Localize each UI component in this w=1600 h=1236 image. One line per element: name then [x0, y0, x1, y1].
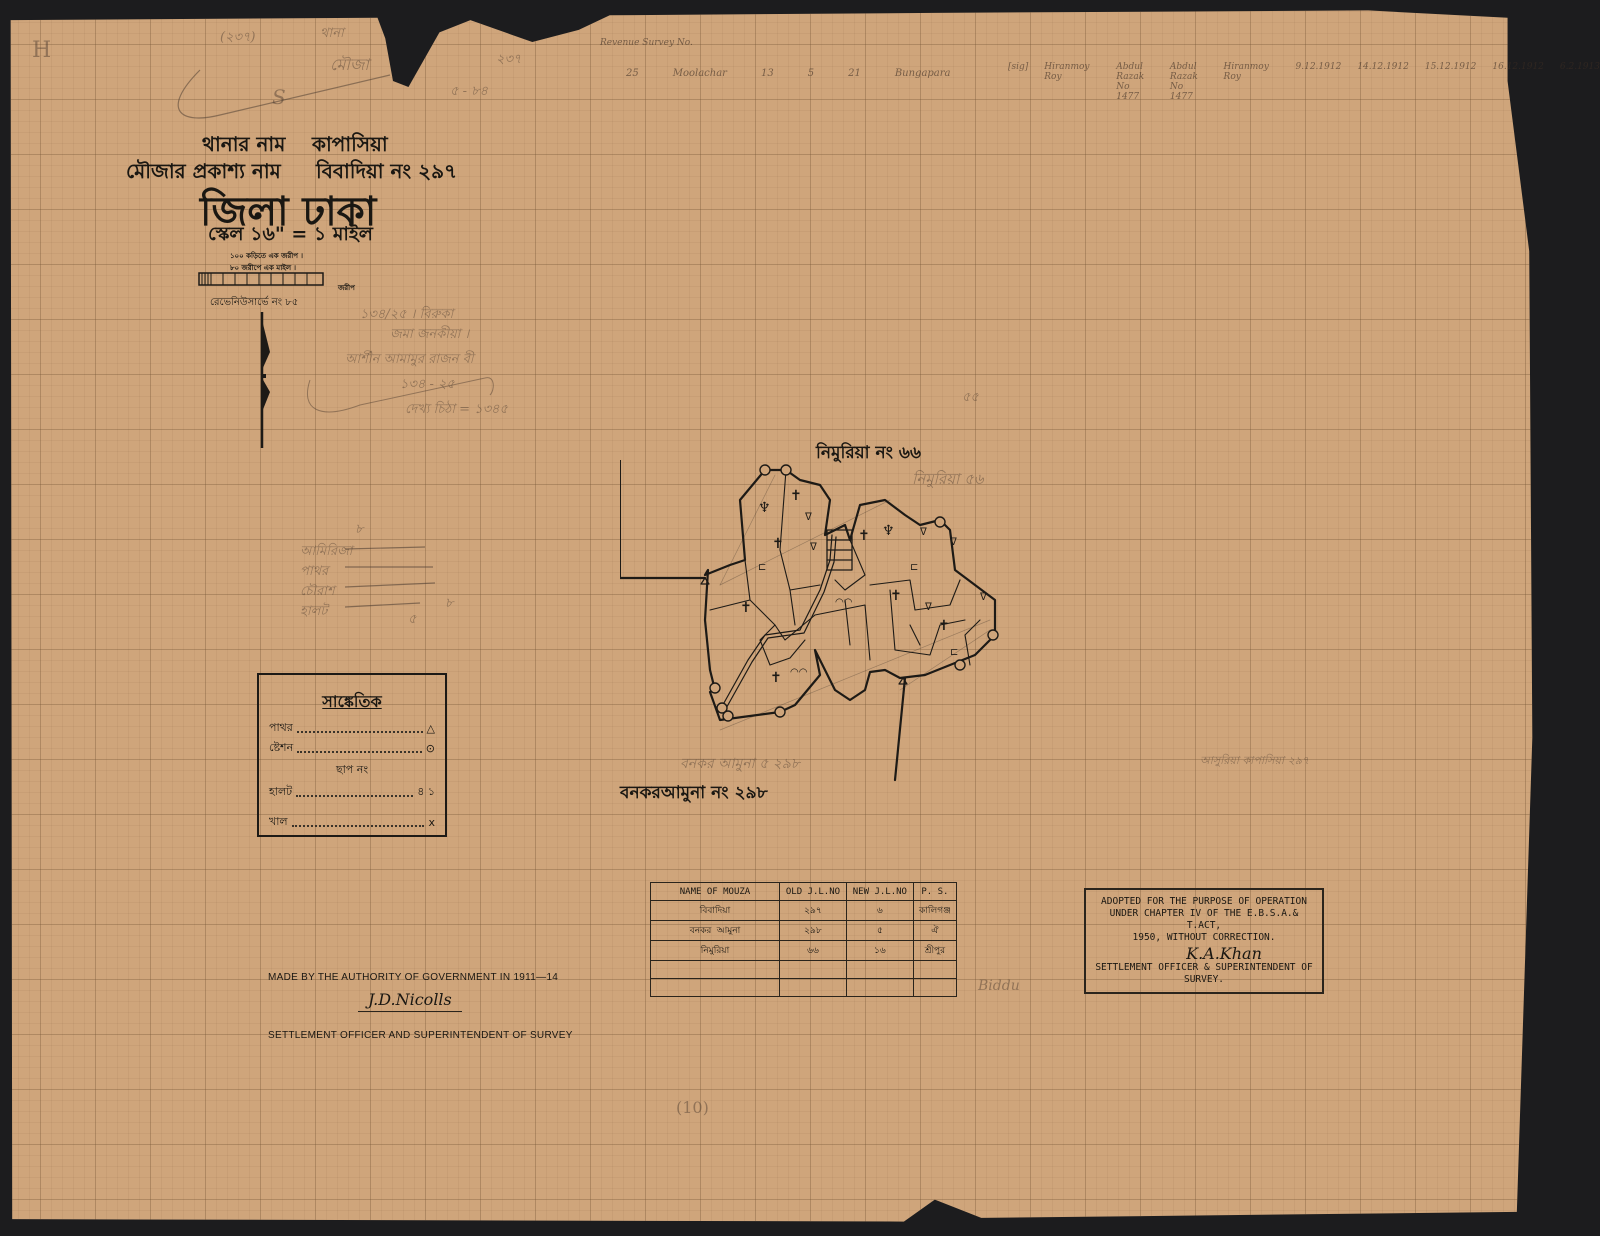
- stamp-line: UNDER CHAPTER IV OF THE E.B.S.A.& T.ACT,: [1090, 908, 1318, 932]
- top-note-5: ৫ - ৮৪: [450, 82, 488, 103]
- ledger-cell: Hiranmoy Roy: [1044, 62, 1100, 102]
- table-cell: ২৯৮: [780, 921, 847, 941]
- pencil-list-heading: ৮: [355, 520, 363, 541]
- stamp-line: 1950, WITHOUT CORRECTION.: [1090, 932, 1318, 944]
- ledger-cell: 9.12.1912: [1296, 62, 1342, 102]
- ledger-cell: Abdul Razak No 1477: [1116, 62, 1154, 102]
- table-header: NAME OF MOUZA: [651, 883, 780, 901]
- table-row: বিবাদিয়া ২৯৭ ৬ কালিগঞ্জ: [651, 901, 957, 921]
- top-note-3: ২৩৭: [496, 50, 521, 71]
- svg-text:ᐁ: ᐁ: [925, 602, 932, 613]
- table-cell: ২৯৭: [780, 901, 847, 921]
- legend-row-stone: পাথর △: [269, 719, 435, 738]
- svg-text:✝: ✝: [858, 528, 870, 544]
- table-header-row: NAME OF MOUZA OLD J.L.NO NEW J.L.NO P. S…: [651, 883, 957, 901]
- table-cell: কালিগঞ্জ: [913, 901, 956, 921]
- pencil-note: জমা জনকীয়া ।: [390, 325, 469, 346]
- svg-text:ᐁ: ᐁ: [810, 542, 817, 553]
- ledger-cell: Hiranmoy Roy: [1224, 62, 1280, 102]
- svg-text:⊏: ⊏: [950, 647, 958, 658]
- legend-box: সাঙ্কেতিক পাথর △ ষ্টেশন ⊙ ছাপ নং হালট ৪ …: [257, 673, 447, 837]
- adoption-stamp: ADOPTED FOR THE PURPOSE OF OPERATION UND…: [1084, 888, 1324, 994]
- svg-text:✝: ✝: [772, 536, 784, 552]
- legend-row-canal: খাল x: [269, 813, 435, 832]
- khan-signature: K.A.Khan: [1130, 948, 1318, 960]
- svg-text:⊏: ⊏: [758, 562, 766, 573]
- circle-dot-icon: ⊙: [426, 742, 435, 755]
- triangle-icon: △: [427, 722, 435, 735]
- stamp-line: SURVEY.: [1090, 974, 1318, 986]
- ledger-cell: 21: [848, 68, 861, 79]
- svg-text:◠◠: ◠◠: [790, 667, 807, 678]
- svg-text:✝: ✝: [740, 600, 752, 616]
- table-header: OLD J.L.NO: [780, 883, 847, 901]
- ledger-cell: 13: [761, 68, 774, 79]
- table-cell: শ্রীপুর: [913, 941, 956, 961]
- scale-unit: জরীপ: [338, 282, 355, 294]
- legend-label: ছাপ নং: [336, 761, 368, 780]
- authority-line: MADE BY THE AUTHORITY OF GOVERNMENT IN 1…: [268, 972, 558, 983]
- legend-label: ষ্টেশন: [269, 739, 293, 758]
- table-row: বনকর আমুনা ২৯৮ ৫ ঐ: [651, 921, 957, 941]
- cross-icon: x: [428, 816, 435, 829]
- table-row: [651, 961, 957, 979]
- stamp-line: SETTLEMENT OFFICER & SUPERINTENDENT OF: [1090, 962, 1318, 974]
- table-cell: নিমুরিয়া: [651, 941, 780, 961]
- svg-text:✝: ✝: [890, 588, 902, 604]
- ledger-cell: 16.12.1912: [1492, 62, 1544, 102]
- svg-text:♆: ♆: [882, 523, 895, 539]
- legend-label: পাথর: [269, 719, 293, 738]
- table-cell: বনকর আমুনা: [651, 921, 780, 941]
- pencil-lines: [345, 545, 440, 615]
- top-note-1: থানা: [320, 24, 344, 45]
- svg-text:◠◠: ◠◠: [835, 597, 852, 608]
- ledger-row-left: 25 Moolachar 13 5 21 Bungapara: [626, 68, 951, 79]
- scale-bar: [198, 272, 328, 288]
- ledger-cell: Moolachar: [673, 68, 727, 79]
- legend-title: সাঙ্কেতিক: [259, 689, 445, 716]
- pencil-list-item: চৌরাশ: [300, 582, 335, 603]
- ledger-cell: Bungapara: [895, 68, 951, 79]
- page-number: (10): [676, 1098, 709, 1117]
- table-cell: ১৬: [846, 941, 913, 961]
- east-pencil-label: আসুরিয়া কাপাসিয়া ২৯৭: [1200, 752, 1309, 771]
- svg-text:ᐁ: ᐁ: [920, 527, 927, 538]
- svg-text:ᐁ: ᐁ: [950, 537, 957, 548]
- nicolls-signature: J.D.Nicolls: [358, 990, 462, 1012]
- svg-text:✝: ✝: [938, 618, 950, 634]
- officer-line: SETTLEMENT OFFICER AND SUPERINTENDENT OF…: [268, 1030, 573, 1041]
- svg-text:✝: ✝: [790, 488, 802, 504]
- ledger-cell: Abdul Razak No 1477: [1170, 62, 1208, 102]
- circled-number: (২৩৭): [220, 28, 256, 49]
- table-header: P. S.: [913, 883, 956, 901]
- ledger-cell: 6.2.1913: [1560, 62, 1600, 102]
- corner-mark: H: [32, 38, 51, 63]
- svg-text:✝: ✝: [770, 670, 782, 686]
- scale-line-1: ১০০ কড়িতে এক জরীপ ।: [230, 250, 303, 262]
- table-row: নিমুরিয়া ৬৬ ১৬ শ্রীপুর: [651, 941, 957, 961]
- pencil-mark: ৫৫: [962, 388, 979, 409]
- ledger-cell: 15.12.1912: [1425, 62, 1477, 102]
- pencil-side-note: ৮: [445, 594, 453, 615]
- legend-row-station: ষ্টেশন ⊙: [269, 739, 435, 758]
- stamp-line: ADOPTED FOR THE PURPOSE OF OPERATION: [1090, 896, 1318, 908]
- halot-symbol: ৪ ১: [417, 783, 435, 802]
- mouza-table: NAME OF MOUZA OLD J.L.NO NEW J.L.NO P. S…: [650, 882, 957, 997]
- pencil-note: ১৩৪/২৫ । বিরুকা: [360, 305, 453, 326]
- pencil-stroke: [300, 370, 500, 430]
- table-cell: ঐ: [913, 921, 956, 941]
- pencil-stroke: [160, 60, 420, 130]
- svg-text:♆: ♆: [758, 500, 771, 516]
- legend-label: হালট: [269, 783, 292, 802]
- scale-text: স্কেল ১৬" = ১ মাইল: [208, 220, 373, 252]
- ledger-cell: 14.12.1912: [1357, 62, 1409, 102]
- survey-ref: রেভেনিউসার্ভে নং ৮৫: [210, 295, 298, 312]
- ledger-cell: [sig]: [1008, 62, 1028, 102]
- ledger-row-right: [sig] Hiranmoy Roy Abdul Razak No 1477 A…: [1008, 62, 1600, 102]
- table-cell: ৬: [846, 901, 913, 921]
- north-arrow-icon: [258, 312, 274, 448]
- legend-label: খাল: [269, 813, 288, 832]
- pencil-list-item: হালট: [300, 602, 327, 623]
- mouza-map: ♆✝✝ ✝✝♆ ✝✝✝ ᐁᐁ◠◠ ᐁᐁᐁ ᐁ◠◠ ⊏⊏⊏: [620, 460, 1020, 800]
- svg-text:⊏: ⊏: [910, 562, 918, 573]
- svg-text:ᐁ: ᐁ: [980, 592, 987, 603]
- table-row: [651, 979, 957, 997]
- pencil-note: আর্শীন আমামুর রাজন বী: [345, 350, 474, 371]
- legend-row-print: ছাপ নং: [269, 761, 435, 780]
- table-cell: ৬৬: [780, 941, 847, 961]
- legend-row-halot: হালট ৪ ১: [269, 783, 435, 802]
- ledger-header: Revenue Survey No.: [600, 38, 693, 48]
- pencil-list-item: পাথর: [300, 562, 328, 583]
- svg-text:ᐁ: ᐁ: [805, 512, 812, 523]
- pencil-signature: Biddu: [978, 978, 1020, 994]
- table-header: NEW J.L.NO: [846, 883, 913, 901]
- table-cell: ৫: [846, 921, 913, 941]
- ledger-cell: 5: [808, 68, 814, 79]
- table-cell: বিবাদিয়া: [651, 901, 780, 921]
- ledger-cell: 25: [626, 68, 639, 79]
